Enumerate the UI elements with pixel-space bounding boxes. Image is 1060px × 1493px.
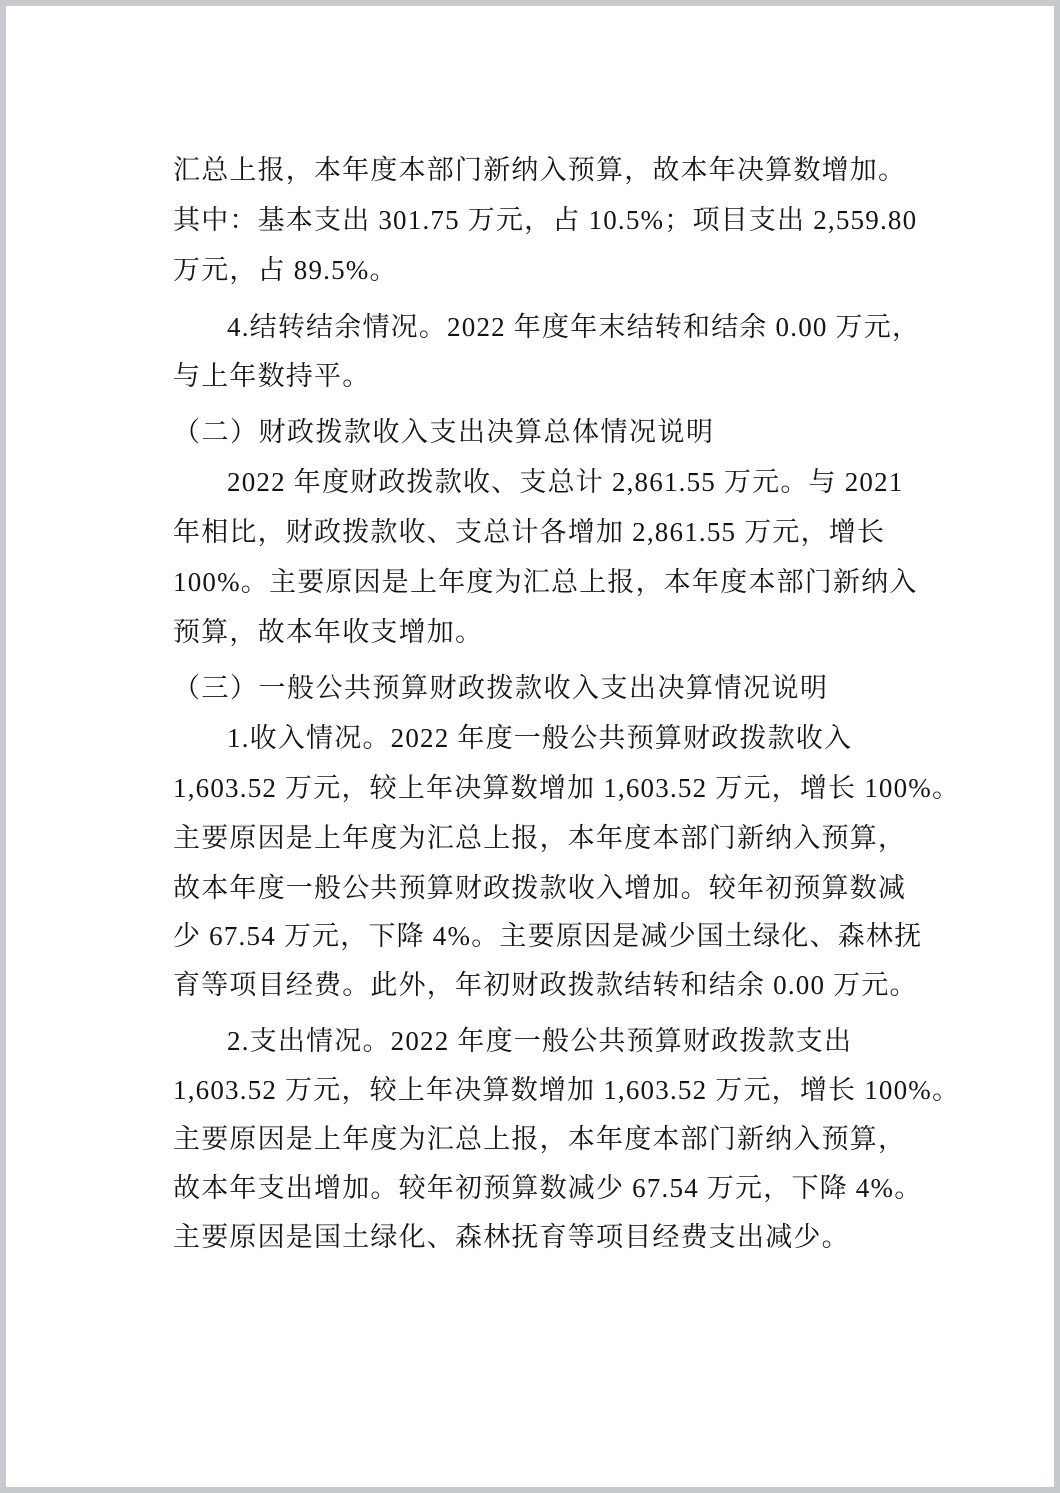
paragraph-line: 与上年数持平。 (173, 358, 913, 394)
paragraph-line: 年相比，财政拨款收、支总计各增加 2,861.55 万元，增长 (173, 514, 913, 550)
paragraph-line: 4.结转结余情况。2022 年度年末结转和结余 0.00 万元， (227, 309, 967, 345)
paragraph-line: 万元，占 89.5%。 (173, 252, 913, 288)
paragraph-line: 1.收入情况。2022 年度一般公共预算财政拨款收入 (227, 720, 967, 756)
paragraph-line: 2022 年度财政拨款收、支总计 2,861.55 万元。与 2021 (227, 464, 967, 500)
paragraph-line: 100%。主要原因是上年度为汇总上报，本年度本部门新纳入 (173, 564, 913, 600)
paragraph-line: 2.支出情况。2022 年度一般公共预算财政拨款支出 (227, 1023, 967, 1059)
paragraph-line: 汇总上报，本年度本部门新纳入预算，故本年决算数增加。 (173, 152, 913, 188)
paragraph-line: 故本年度一般公共预算财政拨款收入增加。较年初预算数减 (173, 870, 913, 906)
paragraph-line: 其中：基本支出 301.75 万元，占 10.5%；项目支出 2,559.80 (173, 202, 913, 238)
paragraph-line: 1,603.52 万元，较上年决算数增加 1,603.52 万元，增长 100%… (173, 1072, 913, 1108)
paragraph-line: 育等项目经费。此外，年初财政拨款结转和结余 0.00 万元。 (173, 967, 913, 1003)
document-page: 汇总上报，本年度本部门新纳入预算，故本年决算数增加。 其中：基本支出 301.7… (6, 6, 1054, 1487)
paragraph-line: 主要原因是上年度为汇总上报，本年度本部门新纳入预算， (173, 820, 913, 856)
paragraph-line: 1,603.52 万元，较上年决算数增加 1,603.52 万元，增长 100%… (173, 770, 913, 806)
section-heading-2: （二）财政拨款收入支出决算总体情况说明 (173, 414, 913, 450)
section-heading-3: （三）一般公共预算财政拨款收入支出决算情况说明 (173, 670, 913, 706)
paragraph-line: 预算，故本年收支增加。 (173, 614, 913, 650)
paragraph-line: 主要原因是国土绿化、森林抚育等项目经费支出减少。 (173, 1219, 913, 1255)
paragraph-line: 主要原因是上年度为汇总上报，本年度本部门新纳入预算， (173, 1121, 913, 1157)
paragraph-line: 故本年支出增加。较年初预算数减少 67.54 万元，下降 4%。 (173, 1170, 913, 1206)
paragraph-line: 少 67.54 万元，下降 4%。主要原因是减少国土绿化、森林抚 (173, 918, 913, 954)
